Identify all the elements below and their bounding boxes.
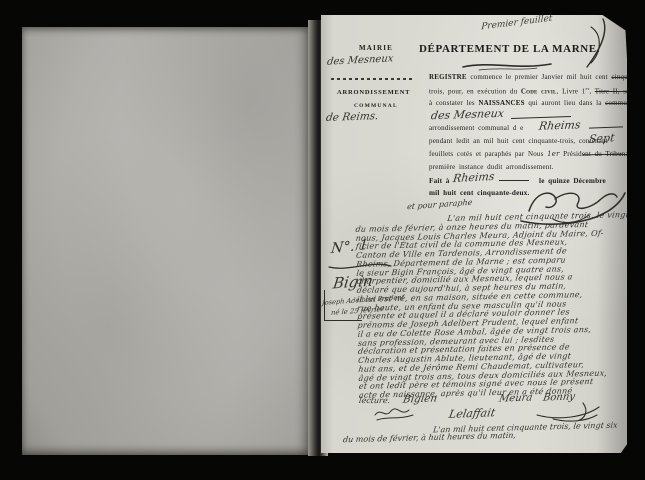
mairie-label: MAIRIE (359, 44, 393, 52)
register-line-1: REGISTRE commence le premier Janvier mil… (429, 73, 643, 81)
issue-date-below: mil huit cent cinquante-deux. (429, 189, 529, 197)
commune-name-handwritten: des Mesneux (430, 107, 505, 123)
signature-secretary: Lelaffait (448, 406, 496, 421)
arrondissement-handwritten: de Reims. (325, 110, 379, 124)
sheet-count-handwritten: Sept (588, 131, 615, 146)
signature-officer: Meura (498, 392, 533, 404)
mairie-commune-handwritten: des Mesneux (326, 53, 394, 68)
divider-rule (331, 78, 415, 80)
register-line-5: pendant ledit an mil huit cent cinquante… (429, 137, 608, 145)
scanned-register-spread: Premier feuillet DÉPARTEMENT DE LA MARNE… (0, 0, 645, 480)
arrondissement-name-handwritten: Rheims (538, 118, 581, 133)
page-title: DÉPARTEMENT DE LA MARNE. (419, 43, 600, 55)
next-act-line-2: du mois de février, à huit heures du mat… (343, 431, 517, 445)
witness-paraph-scribble (373, 405, 417, 423)
paraphe-note-handwritten: et pour paraphe (407, 198, 473, 212)
signature-father: Bigien (402, 392, 438, 405)
fill-line (589, 126, 623, 128)
issue-place-handwritten: Rheims (452, 170, 495, 185)
right-register-page: Premier feuillet DÉPARTEMENT DE LA MARNE… (321, 15, 627, 453)
left-blank-page (22, 27, 311, 455)
premier-insert-handwritten: 1er (547, 150, 560, 158)
margin-bracket-vertical (324, 290, 325, 320)
register-line-3: à constater les NAISSANCES qui auront li… (429, 99, 634, 107)
title-swash-rule (461, 61, 553, 71)
registre-word: REGISTRE (429, 73, 467, 81)
fait-a-label: Fait à (429, 177, 450, 185)
closing-word: lecture. (358, 396, 391, 405)
arrondissement-label: ARRONDISSEMENT (337, 89, 410, 96)
register-line-2: trois, pour, en exécution du Code civil,… (429, 86, 640, 95)
signature-flourish-scribble (533, 401, 603, 423)
register-line-4: arrondissement communal d e (429, 124, 523, 132)
corner-annotation: Premier feuillet (481, 14, 553, 33)
act-body: L'an mil huit cent cinquante trois, le v… (355, 211, 631, 400)
communal-label: COMMUNAL (354, 103, 398, 109)
